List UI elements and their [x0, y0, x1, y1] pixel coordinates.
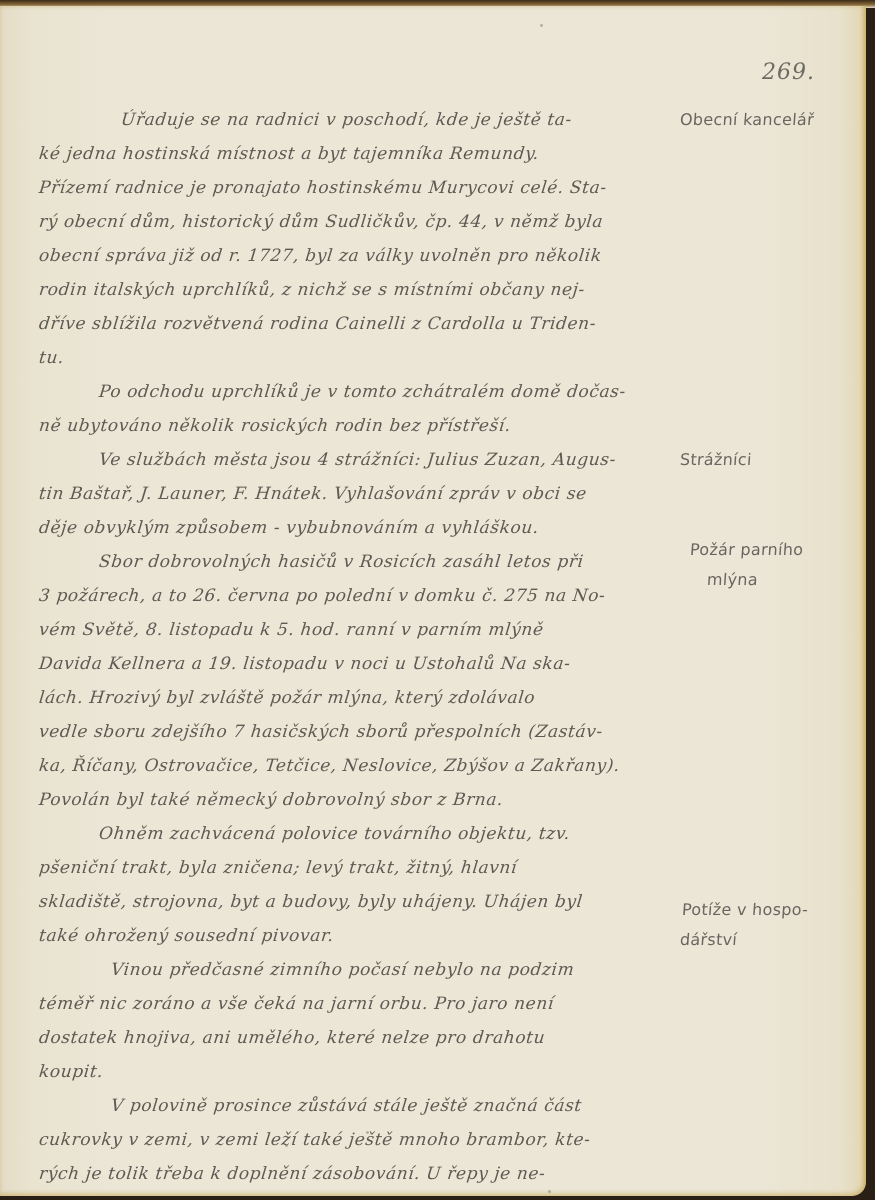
margin-note: dářství — [679, 930, 738, 949]
handwritten-line: 3 požárech, a to 26. června po polední v… — [38, 586, 606, 606]
handwritten-line: obecní správa již od r. 1727, byl za vál… — [38, 246, 603, 266]
handwritten-line: Úřaduje se na radnici v poschodí, kde je… — [120, 110, 573, 130]
margin-note: Obecní kancelář — [679, 110, 814, 129]
handwritten-line: Sbor dobrovolných hasičů v Rosicích zasá… — [98, 552, 585, 572]
handwritten-line: ka, Říčany, Ostrovačice, Tetčice, Neslov… — [38, 756, 621, 776]
handwritten-line: cukrovky v zemi, v zemi leží také ještě … — [38, 1130, 592, 1150]
handwritten-line: Povolán byl také německý dobrovolný sbor… — [38, 790, 504, 810]
margin-note: Potíže v hospo- — [681, 900, 809, 919]
handwritten-line: Přízemí radnice je pronajato hostinskému… — [38, 178, 608, 198]
margin-note: Požár parního — [689, 540, 804, 559]
margin-note: mlýna — [706, 570, 758, 589]
paper-speck — [540, 24, 543, 27]
handwritten-line: téměř nic zoráno a vše čeká na jarní orb… — [38, 994, 555, 1014]
manuscript-page: 269. Úřaduje se na radnici v poschodí, k… — [0, 6, 866, 1196]
handwritten-line: také ohrožený sousední pivovar. — [38, 926, 335, 946]
paper-speck — [366, 1131, 369, 1134]
handwritten-line: vedle sboru zdejšího 7 hasičských sborů … — [38, 722, 604, 742]
paper-speck — [548, 1190, 551, 1193]
handwritten-line: lách. Hrozivý byl zvláště požár mlýna, k… — [38, 688, 536, 708]
handwritten-line: Vinou předčasné zimního počasí nebylo na… — [110, 960, 575, 980]
handwritten-line: skladiště, strojovna, byt a budovy, byly… — [38, 892, 584, 912]
handwritten-line: ně ubytováno několik rosických rodin bez… — [38, 416, 512, 436]
page-number: 269. — [762, 60, 815, 85]
handwritten-line: koupit. — [38, 1062, 104, 1082]
handwritten-line: Ohněm zachvácená polovice továrního obje… — [98, 824, 571, 844]
handwritten-line: rých je tolik třeba k doplnění zásobován… — [38, 1164, 546, 1184]
handwritten-line: rodin italských uprchlíků, z nichž se s … — [38, 280, 586, 300]
handwritten-line: rý obecní dům, historický dům Sudličkův,… — [38, 212, 604, 232]
handwritten-line: vém Světě, 8. listopadu k 5. hod. ranní … — [38, 620, 545, 640]
handwritten-line: Po odchodu uprchlíků je v tomto zchátral… — [98, 382, 627, 402]
margin-note: Strážníci — [679, 450, 752, 469]
handwritten-line: dostatek hnojiva, ani umělého, které nel… — [38, 1028, 546, 1048]
handwritten-line: dříve sblížila rozvětvená rodina Cainell… — [38, 314, 597, 334]
handwritten-line: Ve službách města jsou 4 strážníci: Juli… — [98, 450, 617, 470]
handwritten-line: pšeniční trakt, byla zničena; levý trakt… — [38, 858, 518, 878]
handwritten-line: tu. — [38, 348, 65, 368]
handwritten-line: V polovině prosince zůstává stále ještě … — [110, 1096, 583, 1116]
handwritten-line: ké jedna hostinská místnost a byt tajemn… — [38, 144, 540, 164]
handwritten-line: tin Baštař, J. Launer, F. Hnátek. Vyhlaš… — [38, 484, 588, 504]
handwritten-line: děje obvyklým způsobem - vybubnováním a … — [38, 518, 540, 538]
paper-speck — [285, 1144, 288, 1147]
handwritten-line: Davida Kellnera a 19. listopadu v noci u… — [38, 654, 572, 674]
